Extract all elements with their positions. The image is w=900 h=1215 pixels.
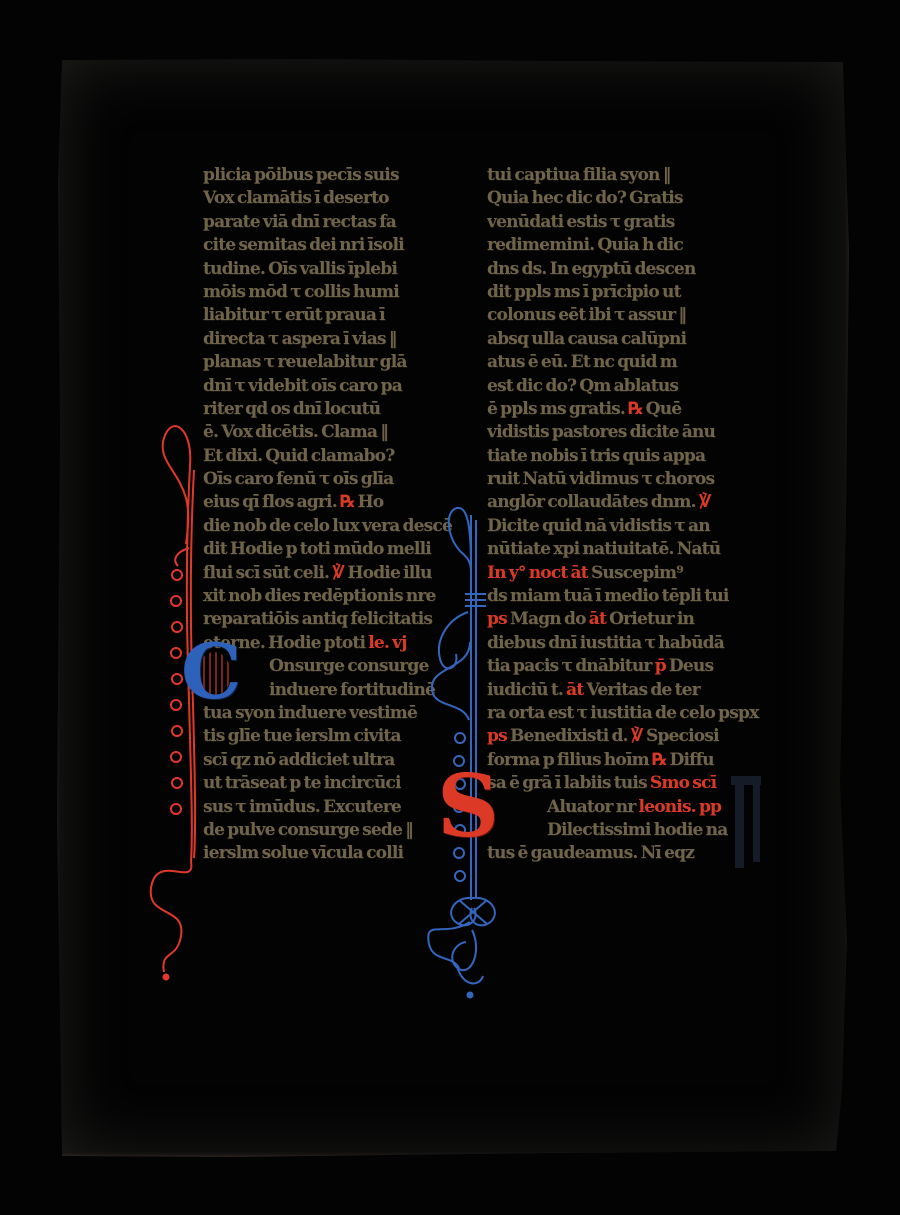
- manuscript-text-line: directa τ aspera ī vias ‖: [203, 328, 485, 351]
- manuscript-text-line: eius qī flos agri. ℞ Ho: [203, 491, 485, 514]
- manuscript-text-line: ra orta est τ iustitia de celo pspx: [487, 702, 783, 725]
- manuscript-text-line: xit nob dies redēptionis nre: [203, 585, 485, 608]
- manuscript-text-line: dit ppls ms ī prīcipio ut: [487, 281, 783, 304]
- manuscript-text-line: flui scī sūt celi. ℣ Hodie illu: [203, 562, 485, 585]
- manuscript-text-line: dit Hodie p toti mūdo melli: [203, 538, 485, 561]
- manuscript-text-line: diebus dnī iustitia τ habūdā: [487, 632, 783, 655]
- manuscript-text-line: ds miam tuā ī medio tēpli tui: [487, 585, 783, 608]
- manuscript-photo: plicia pōibus pecīs suisVox clamātis ī d…: [0, 0, 900, 1215]
- manuscript-text-line: tudine. Oīs vallis īplebi: [203, 258, 485, 281]
- manuscript-text-line: colonus eēt ibi τ assur ‖: [487, 304, 783, 327]
- manuscript-text-line: liabitur τ erūt praua ī: [203, 304, 485, 327]
- manuscript-text-line: eterne. Hodie ptoti le. vj: [203, 632, 485, 655]
- text-column-right: tui captiua filia syon ‖Quia hec dic do?…: [487, 164, 783, 876]
- manuscript-text-line: ruit Natū vidimus τ choros: [487, 468, 783, 491]
- verso-bleedthrough-mark: [731, 776, 773, 868]
- manuscript-text-line: Dicite quid nā vidistis τ an: [487, 515, 783, 538]
- manuscript-text-line: Vox clamātis ī deserto: [203, 187, 485, 210]
- manuscript-text-line: iudiciū t. āt Veritas de ter: [487, 679, 783, 702]
- manuscript-text-line: forma p filius hoīm ℞ Diffu: [487, 749, 783, 772]
- manuscript-text-line: riter qd os dnī locutū: [203, 398, 485, 421]
- manuscript-text-line: est dic do? Qm ablatus: [487, 375, 783, 398]
- manuscript-text-line: tui captiua filia syon ‖: [487, 164, 783, 187]
- manuscript-text-line: dnī τ videbit oīs caro pa: [203, 375, 485, 398]
- manuscript-text-line: ps Magn do āt Orietur in: [487, 608, 783, 631]
- manuscript-text-line: atus ē eū. Et nc quid m: [487, 351, 783, 374]
- manuscript-text-line: tua syon induere vestimē: [203, 702, 485, 725]
- manuscript-text-line: dns ds. In egyptū descen: [487, 258, 783, 281]
- manuscript-text-line: anglōr collaudātes dnm. ℣: [487, 491, 783, 514]
- manuscript-text-line: redimemini. Quia h dic: [487, 234, 783, 257]
- manuscript-text-line: tiate nobis ī tris quis appa: [487, 445, 783, 468]
- manuscript-text-line: Et dixi. Quid clamabo?: [203, 445, 485, 468]
- manuscript-text-line: ē ppls ms gratis. ℞ Quē: [487, 398, 783, 421]
- manuscript-text-line: induere fortitudinē: [203, 679, 485, 702]
- manuscript-text-line: Quia hec dic do? Gratis: [487, 187, 783, 210]
- manuscript-text-line: parate viā dnī rectas fa: [203, 211, 485, 234]
- blue-initial-c: C: [181, 634, 242, 710]
- manuscript-text-line: ē. Vox dicētis. Clama ‖: [203, 421, 485, 444]
- manuscript-text-line: reparatiōis antiq felicitatis: [203, 608, 485, 631]
- manuscript-text-line: tia pacis τ dnābitur p̄ Deus: [487, 655, 783, 678]
- manuscript-text-line: planas τ reuelabitur glā: [203, 351, 485, 374]
- manuscript-text-line: plicia pōibus pecīs suis: [203, 164, 485, 187]
- manuscript-text-line: Onsurge consurge: [203, 655, 485, 678]
- manuscript-text-line: die nob de celo lux vera descē: [203, 515, 485, 538]
- manuscript-text-line: venūdati estis τ gratis: [487, 211, 783, 234]
- red-initial-s: S: [437, 764, 499, 850]
- manuscript-text-line: cite semitas dei nri īsoli: [203, 234, 485, 257]
- manuscript-text-line: ps Benedixisti d. ℣ Speciosi: [487, 725, 783, 748]
- manuscript-text-line: Oīs caro fenū τ oīs glīa: [203, 468, 485, 491]
- manuscript-text-line: nūtiate xpi natiuitatē. Natū: [487, 538, 783, 561]
- manuscript-text-line: tis glīe tue ierslm civita: [203, 725, 485, 748]
- manuscript-text-line: vidistis pastores dicite ānu: [487, 421, 783, 444]
- manuscript-text-line: In y° noct āt Suscepim⁹: [487, 562, 783, 585]
- manuscript-text-line: mōis mōd τ collis humi: [203, 281, 485, 304]
- manuscript-text-line: absq ulla causa calūpni: [487, 328, 783, 351]
